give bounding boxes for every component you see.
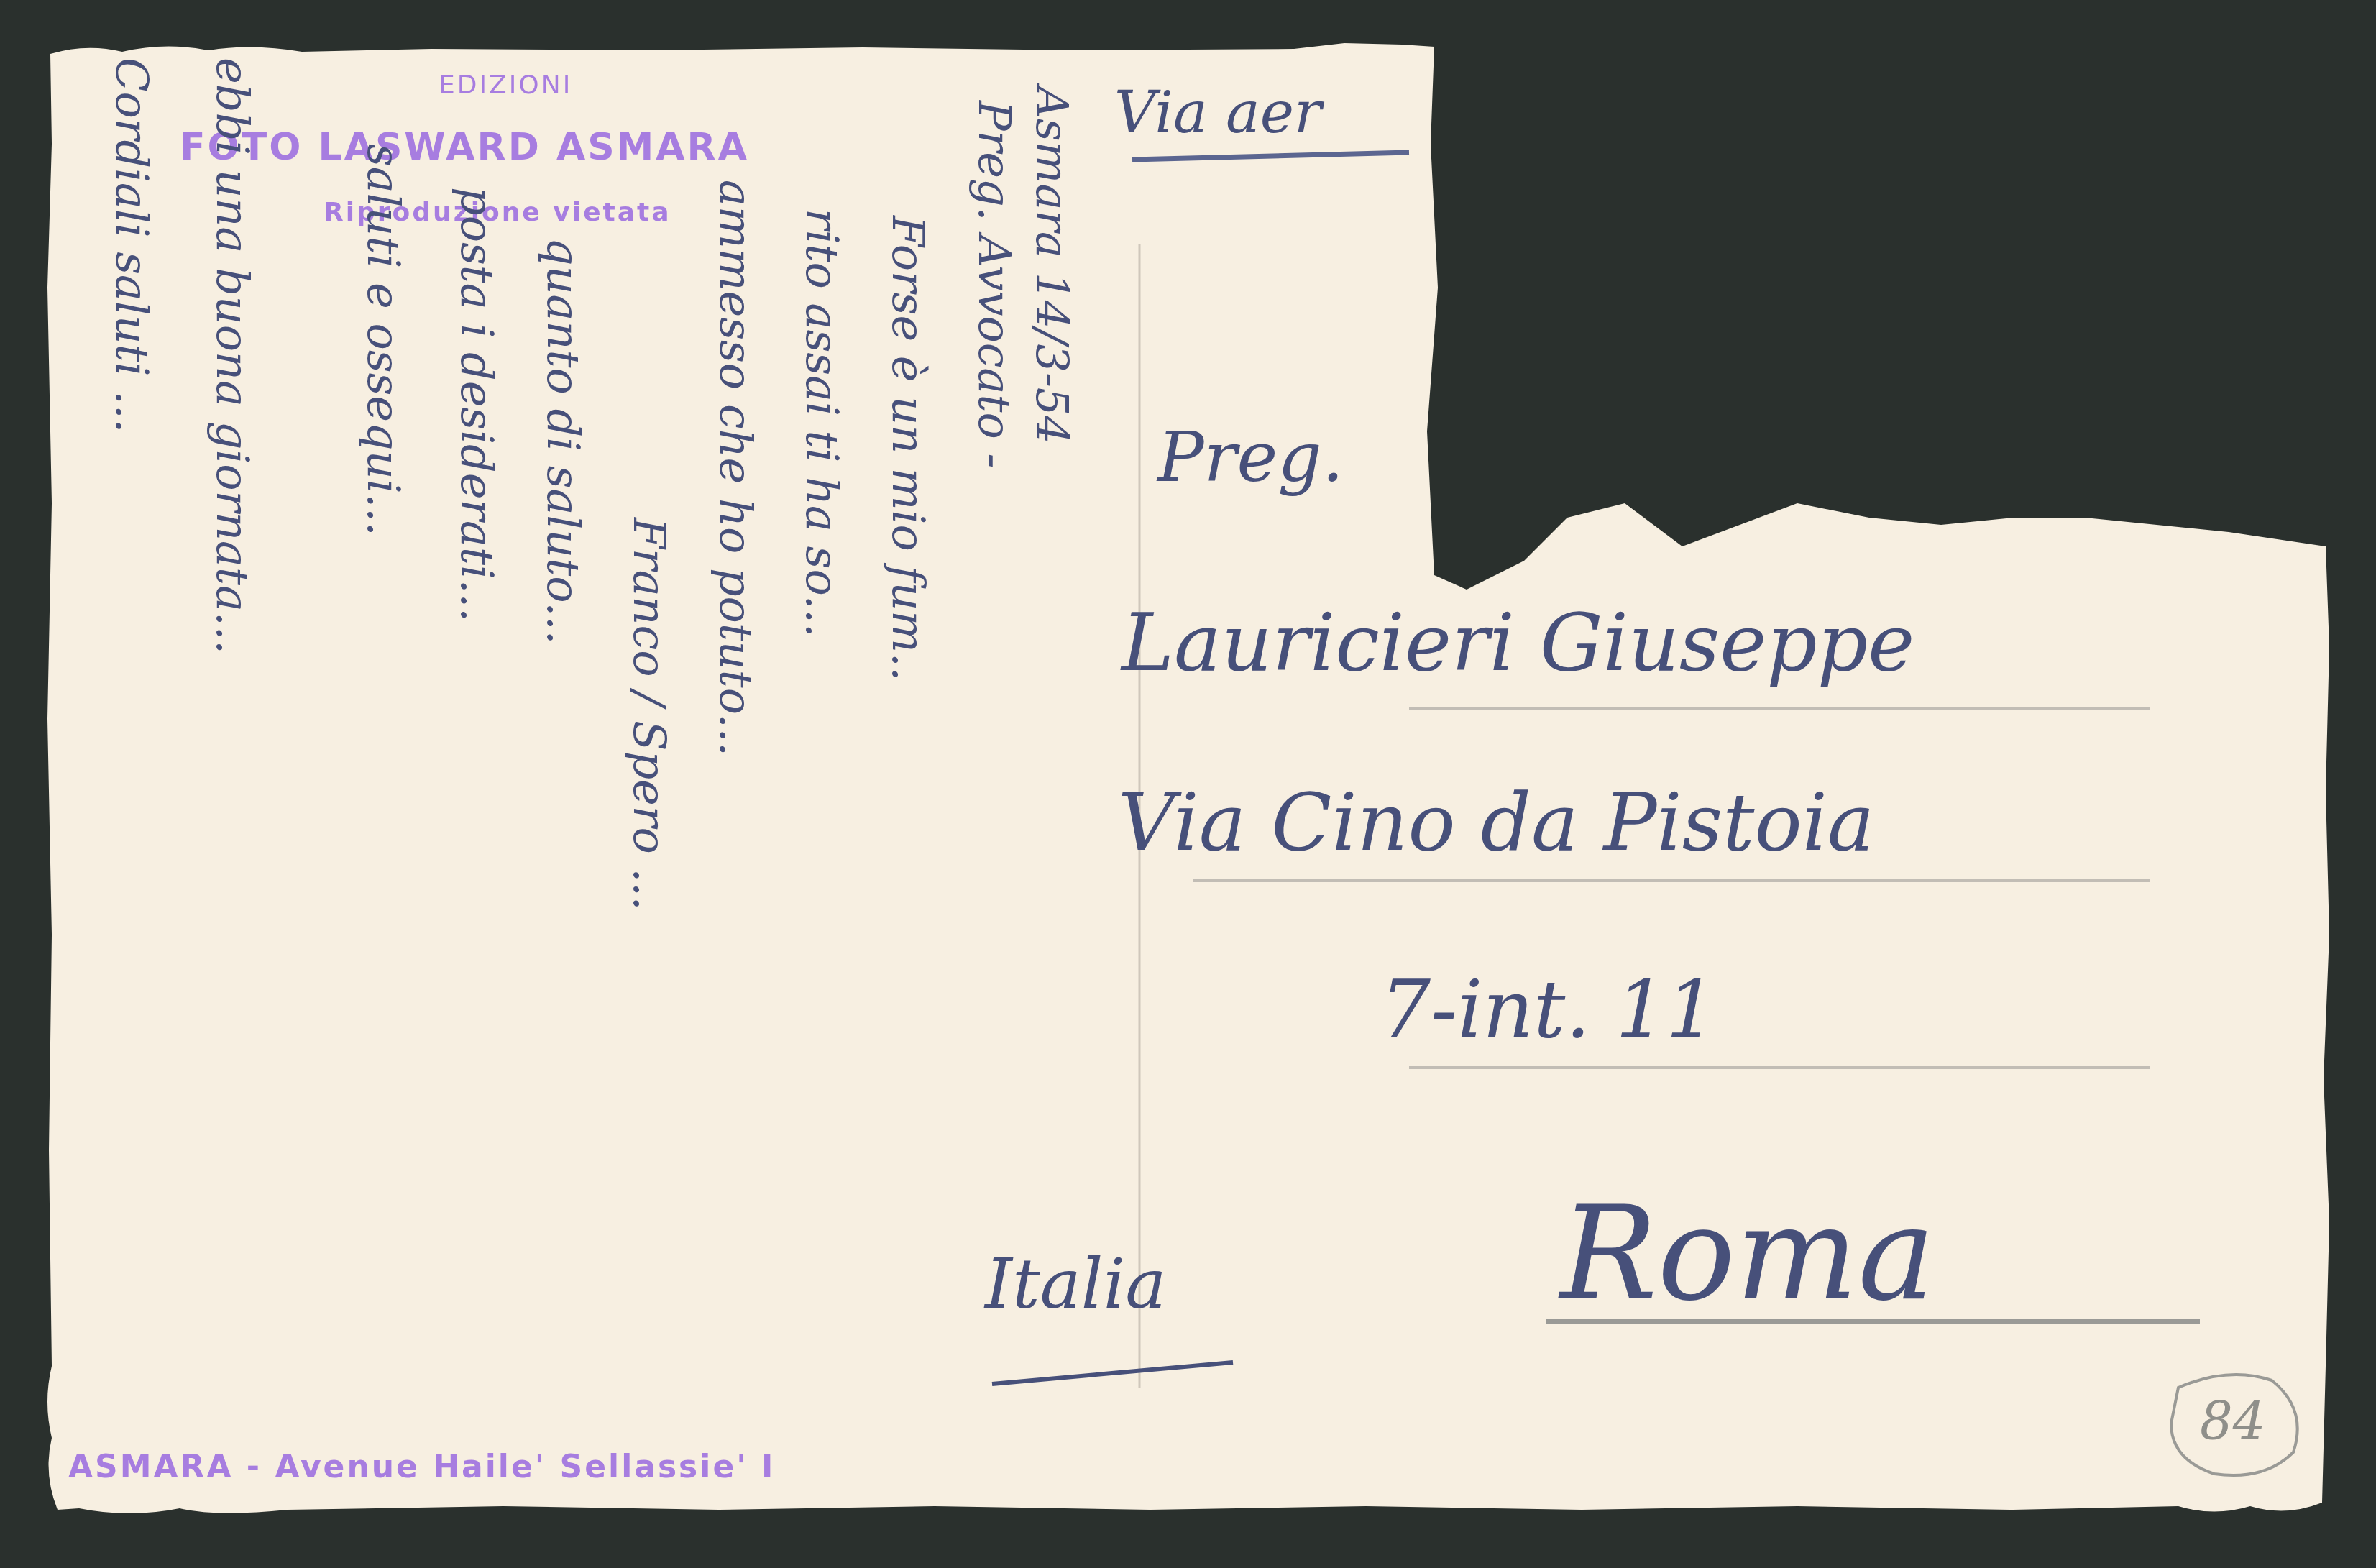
- publisher-edizioni: EDIZIONI: [439, 70, 572, 100]
- message-line: Forse è un mio fum..: [882, 216, 935, 682]
- address-name: Lauricieri Giuseppe: [1122, 597, 1914, 689]
- address-title: Preg.: [1157, 417, 1344, 498]
- photo-caption: ASMARA - Avenue Haile' Sellassie' I: [68, 1449, 775, 1485]
- publisher-name: FOTO LASWARD ASMARA: [180, 126, 749, 169]
- message-line: ebbi una buona giornata...: [206, 58, 259, 654]
- message-line: saluti e ossequi...: [357, 144, 410, 536]
- address-number: 7-int. 11: [1380, 963, 1716, 1055]
- message-line: quanto di saluto...: [537, 237, 590, 645]
- address-street: Via Cino da Pistoia: [1118, 776, 1874, 868]
- message-line: Franco / Spero ...: [623, 518, 676, 911]
- message-line: Asmara 14/3-54: [1026, 86, 1078, 444]
- address-city: Roma: [1560, 1179, 1935, 1329]
- message-line: rito assai ti ha so...: [796, 208, 848, 638]
- pencil-number: 84: [2200, 1391, 2266, 1452]
- message-line: Cordiali saluti ...: [106, 58, 158, 433]
- address-country: Italia: [985, 1244, 1166, 1324]
- message-line: ammesso che ho potuto...: [710, 180, 762, 756]
- message-line: posta i desiderati...: [451, 187, 503, 622]
- via-aerea-note: Via aer: [1114, 79, 1321, 146]
- message-line: Preg. Avvocato -: [968, 101, 1021, 468]
